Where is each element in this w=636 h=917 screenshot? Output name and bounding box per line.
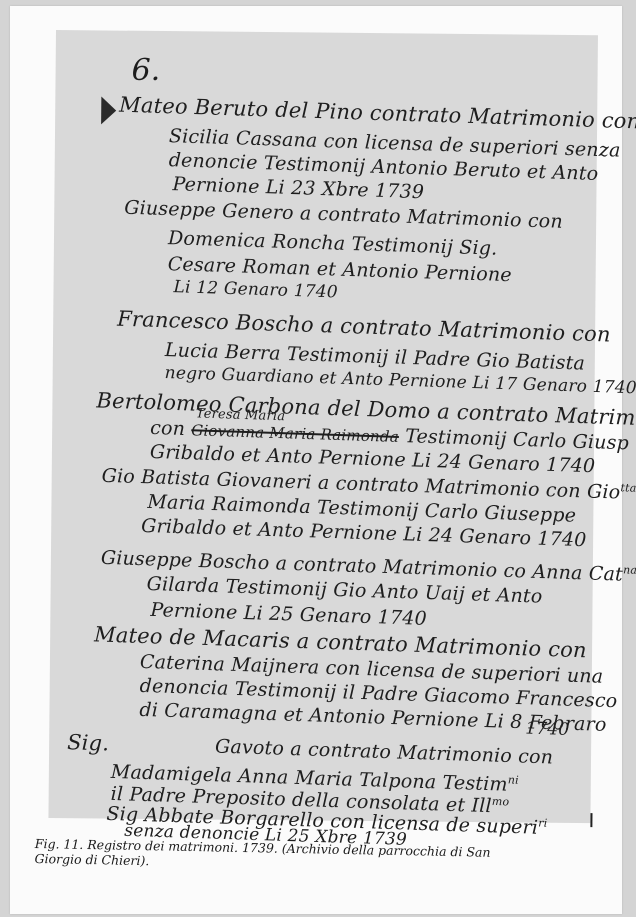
figure-caption: Fig. 11. Registro dei matrimoni. 1739. (… — [34, 836, 534, 876]
manuscript-line: Li 12 Genaro 1740 — [173, 277, 338, 302]
manuscript-entries: 6. Mateo Beruto del Pino contrato Matrim… — [48, 30, 598, 823]
book-page: 6. Mateo Beruto del Pino contrato Matrim… — [10, 6, 622, 914]
manuscript-word: con — [150, 417, 186, 440]
marginal-note: Sig. — [67, 730, 110, 755]
folio-number: 6. — [131, 53, 160, 88]
plate-edge-mark — [590, 813, 592, 827]
superscript: ri — [538, 816, 548, 829]
superscript: tta — [620, 481, 636, 495]
superscript: ni — [508, 773, 519, 786]
superscript: na — [623, 563, 636, 576]
triangle-marker-icon — [101, 96, 116, 124]
struck-text: Giovanna Maria Raimonda — [191, 421, 399, 446]
manuscript-photo: 6. Mateo Beruto del Pino contrato Matrim… — [48, 30, 598, 823]
superscript: mo — [492, 795, 510, 809]
manuscript-line: Gavoto a contrato Matrimonio con — [215, 736, 554, 769]
scan-background: 6. Mateo Beruto del Pino contrato Matrim… — [0, 0, 636, 917]
manuscript-line: 1740 — [525, 719, 570, 740]
inserted-text: Teresa Maria — [196, 406, 286, 424]
